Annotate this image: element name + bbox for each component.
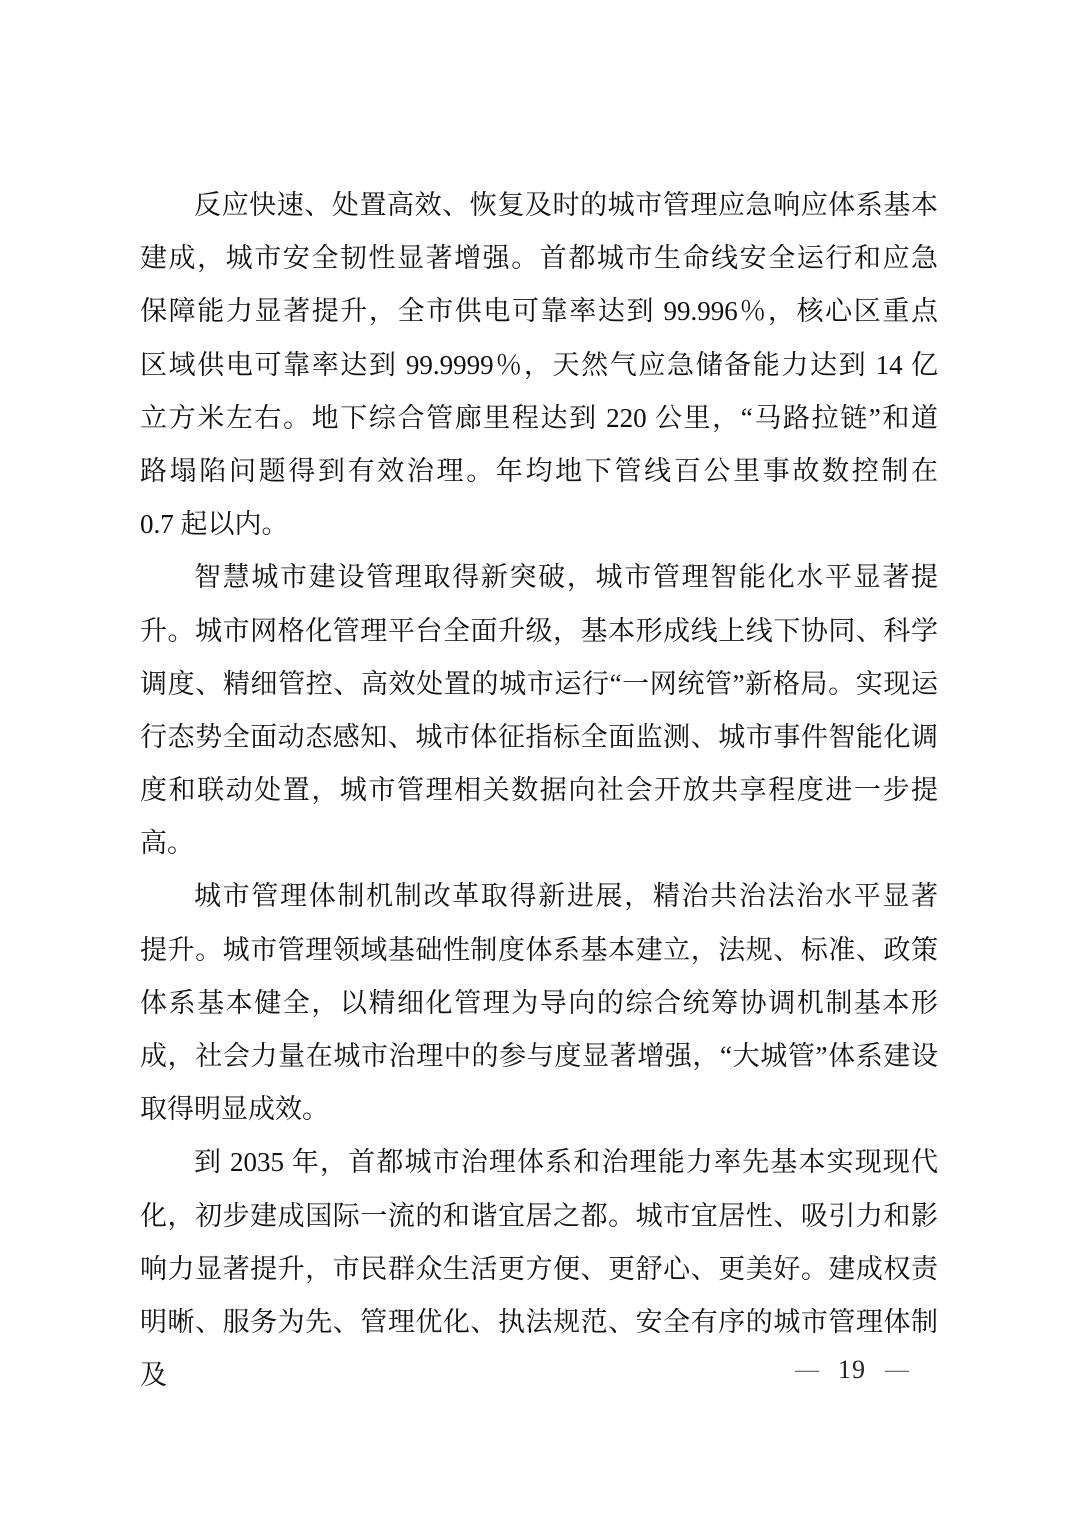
text-line: 区域供电可靠率达到 99.9999％，天然气应急储备能力达到 14 亿 xyxy=(140,339,938,392)
text-line: 到 2035 年，首都城市治理体系和治理能力率先基本实现现代 xyxy=(140,1136,938,1189)
text-line: 体系基本健全，以精细化管理为导向的综合统筹协调机制基本形 xyxy=(140,977,938,1030)
footer-left-dash: — xyxy=(795,1357,819,1384)
text-line: 立方米左右。地下综合管廊里程达到 220 公里，“马路拉链”和道 xyxy=(140,392,938,445)
text-line: 路塌陷问题得到有效治理。年均地下管线百公里事故数控制在 xyxy=(140,445,938,498)
text-line: 明晰、服务为先、管理优化、执法规范、安全有序的城市管理体制及 xyxy=(140,1296,938,1349)
text-line: 调度、精细管控、高效处置的城市运行“一网统管”新格局。实现运 xyxy=(140,658,938,711)
text-line: 智慧城市建设管理取得新突破，城市管理智能化水平显著提 xyxy=(140,551,938,604)
document-body: 反应快速、处置高效、恢复及时的城市管理应急响应体系基本建成，城市安全韧性显著增强… xyxy=(140,179,938,1349)
text-line: 响力显著提升，市民群众生活更方便、更舒心、更美好。建成权责 xyxy=(140,1243,938,1296)
text-line: 0.7 起以内。 xyxy=(140,498,938,551)
text-line: 成，社会力量在城市治理中的参与度显著增强，“大城管”体系建设 xyxy=(140,1030,938,1083)
page-number: 19 xyxy=(838,1355,866,1385)
text-line: 化，初步建成国际一流的和谐宜居之都。城市宜居性、吸引力和影 xyxy=(140,1190,938,1243)
text-line: 度和联动处置，城市管理相关数据向社会开放共享程度进一步提 xyxy=(140,764,938,817)
footer-right-dash: — xyxy=(885,1357,909,1384)
page-footer: — 19 — xyxy=(795,1352,909,1388)
text-line: 城市管理体制机制改革取得新进展，精治共治法治水平显著 xyxy=(140,870,938,923)
text-line: 建成，城市安全韧性显著增强。首都城市生命线安全运行和应急 xyxy=(140,232,938,285)
text-line: 升。城市网格化管理平台全面升级，基本形成线上线下协同、科学 xyxy=(140,605,938,658)
text-line: 行态势全面动态感知、城市体征指标全面监测、城市事件智能化调 xyxy=(140,711,938,764)
text-line: 提升。城市管理领域基础性制度体系基本建立，法规、标准、政策 xyxy=(140,924,938,977)
text-line: 保障能力显著提升，全市供电可靠率达到 99.996％，核心区重点 xyxy=(140,285,938,338)
text-line: 高。 xyxy=(140,817,938,870)
text-line: 反应快速、处置高效、恢复及时的城市管理应急响应体系基本 xyxy=(140,179,938,232)
text-line: 取得明显成效。 xyxy=(140,1083,938,1136)
